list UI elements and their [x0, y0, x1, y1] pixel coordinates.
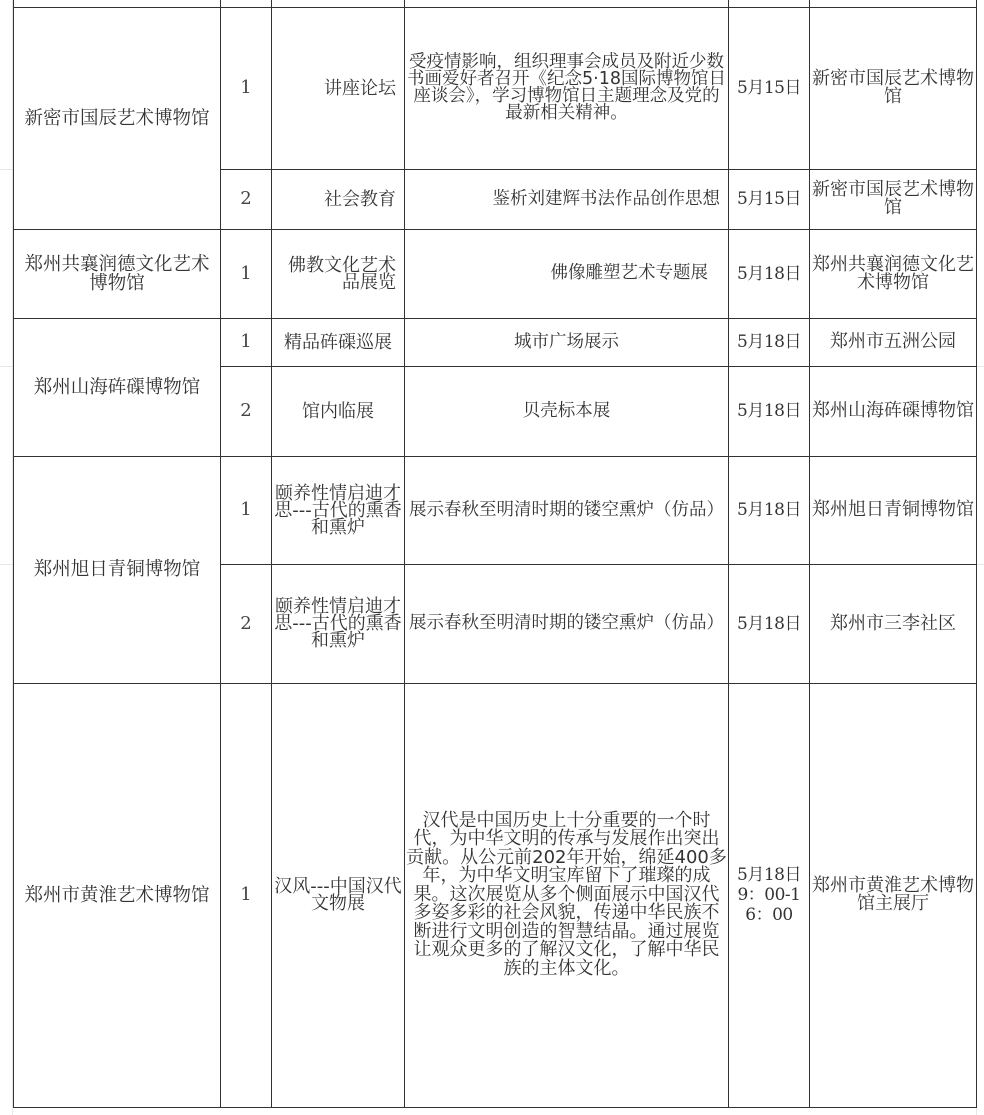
museum-name-cell[interactable]: 新密市国辰艺术博物馆: [14, 7, 221, 229]
activity-type-cell[interactable]: 颐养性情启迪才思---古代的熏香和熏炉: [272, 564, 405, 683]
date-cell[interactable]: 5月18日: [729, 366, 810, 456]
museum-name-cell[interactable]: 郑州市黄淮艺术博物馆: [14, 683, 221, 1107]
location-cell[interactable]: 郑州旭日青铜博物馆: [810, 456, 977, 564]
location-cell[interactable]: 郑州共襄润德文化艺术博物馆: [810, 229, 977, 318]
activity-type-cell[interactable]: 颐养性情启迪才思---古代的熏香和熏炉: [272, 456, 405, 564]
activity-type-cell[interactable]: 汉风---中国汉代文物展: [272, 683, 405, 1107]
activity-type-cell[interactable]: 精品砗磲巡展: [272, 318, 405, 366]
cell[interactable]: [272, 0, 405, 7]
seq-cell[interactable]: 2: [221, 366, 272, 456]
seq-cell[interactable]: 1: [221, 456, 272, 564]
date-cell[interactable]: 5月15日: [729, 169, 810, 229]
table-row: 郑州山海砗磲博物馆 1 精品砗磲巡展 城市广场展示 5月18日 郑州市五洲公园: [14, 318, 977, 366]
date-cell[interactable]: 5月18日: [729, 318, 810, 366]
seq-cell[interactable]: 1: [221, 683, 272, 1107]
table-row-partial: [14, 0, 977, 7]
seq-cell[interactable]: 1: [221, 318, 272, 366]
seq-cell[interactable]: 1: [221, 229, 272, 318]
cell[interactable]: [405, 0, 729, 7]
table-row: 郑州市黄淮艺术博物馆 1 汉风---中国汉代文物展 汉代是中国历史上十分重要的一…: [14, 683, 977, 1107]
date-cell[interactable]: 5月18日: [729, 564, 810, 683]
sheet-gridline: [0, 564, 13, 565]
description-cell[interactable]: 受疫情影响，组织理事会成员及附近少数书画爱好者召开《纪念5·18国际博物馆日座谈…: [405, 7, 729, 169]
activity-type-cell[interactable]: 社会教育: [272, 169, 405, 229]
activity-type-cell[interactable]: 佛教文化艺术品展览: [272, 229, 405, 318]
date-cell[interactable]: 5月18日: [729, 229, 810, 318]
seq-cell[interactable]: 1: [221, 7, 272, 169]
museum-name-cell[interactable]: 郑州旭日青铜博物馆: [14, 456, 221, 683]
museum-name-cell[interactable]: 郑州共襄润德文化艺术博物馆: [14, 229, 221, 318]
location-cell[interactable]: 郑州山海砗磲博物馆: [810, 366, 977, 456]
location-cell[interactable]: 郑州市五洲公园: [810, 318, 977, 366]
table-row: 新密市国辰艺术博物馆 1 讲座论坛 受疫情影响，组织理事会成员及附近少数书画爱好…: [14, 7, 977, 169]
cell[interactable]: [810, 0, 977, 7]
museum-name-cell[interactable]: 郑州山海砗磲博物馆: [14, 318, 221, 456]
cell[interactable]: [14, 0, 221, 7]
description-cell[interactable]: 城市广场展示: [405, 318, 729, 366]
seq-cell[interactable]: 2: [221, 564, 272, 683]
cell[interactable]: [729, 0, 810, 7]
date-cell[interactable]: 5月15日: [729, 7, 810, 169]
description-cell[interactable]: 鉴析刘建辉书法作品创作思想: [405, 169, 729, 229]
activity-type-cell[interactable]: 馆内临展: [272, 366, 405, 456]
location-cell[interactable]: 新密市国辰艺术博物馆: [810, 7, 977, 169]
date-cell[interactable]: 5月18日: [729, 456, 810, 564]
location-cell[interactable]: 新密市国辰艺术博物馆: [810, 169, 977, 229]
museum-day-activities-table: 新密市国辰艺术博物馆 1 讲座论坛 受疫情影响，组织理事会成员及附近少数书画爱好…: [13, 0, 977, 1108]
sheet-gridline: [0, 169, 13, 170]
description-cell[interactable]: 展示春秋至明清时期的镂空熏炉（仿品）: [405, 564, 729, 683]
description-cell[interactable]: 展示春秋至明清时期的镂空熏炉（仿品）: [405, 456, 729, 564]
cell[interactable]: [221, 0, 272, 7]
date-cell[interactable]: 5月18日9：00-16：00: [729, 683, 810, 1107]
description-cell[interactable]: 汉代是中国历史上十分重要的一个时代，为中华文明的传承与发展作出突出贡献。从公元前…: [405, 683, 729, 1107]
table-row: 郑州旭日青铜博物馆 1 颐养性情启迪才思---古代的熏香和熏炉 展示春秋至明清时…: [14, 456, 977, 564]
sheet-gridline: [0, 366, 13, 367]
description-cell[interactable]: 贝壳标本展: [405, 366, 729, 456]
description-cell[interactable]: 佛像雕塑艺术专题展: [405, 229, 729, 318]
location-cell[interactable]: 郑州市黄淮艺术博物馆主展厅: [810, 683, 977, 1107]
activity-type-cell[interactable]: 讲座论坛: [272, 7, 405, 169]
table-row: 郑州共襄润德文化艺术博物馆 1 佛教文化艺术品展览 佛像雕塑艺术专题展 5月18…: [14, 229, 977, 318]
seq-cell[interactable]: 2: [221, 169, 272, 229]
location-cell[interactable]: 郑州市三李社区: [810, 564, 977, 683]
